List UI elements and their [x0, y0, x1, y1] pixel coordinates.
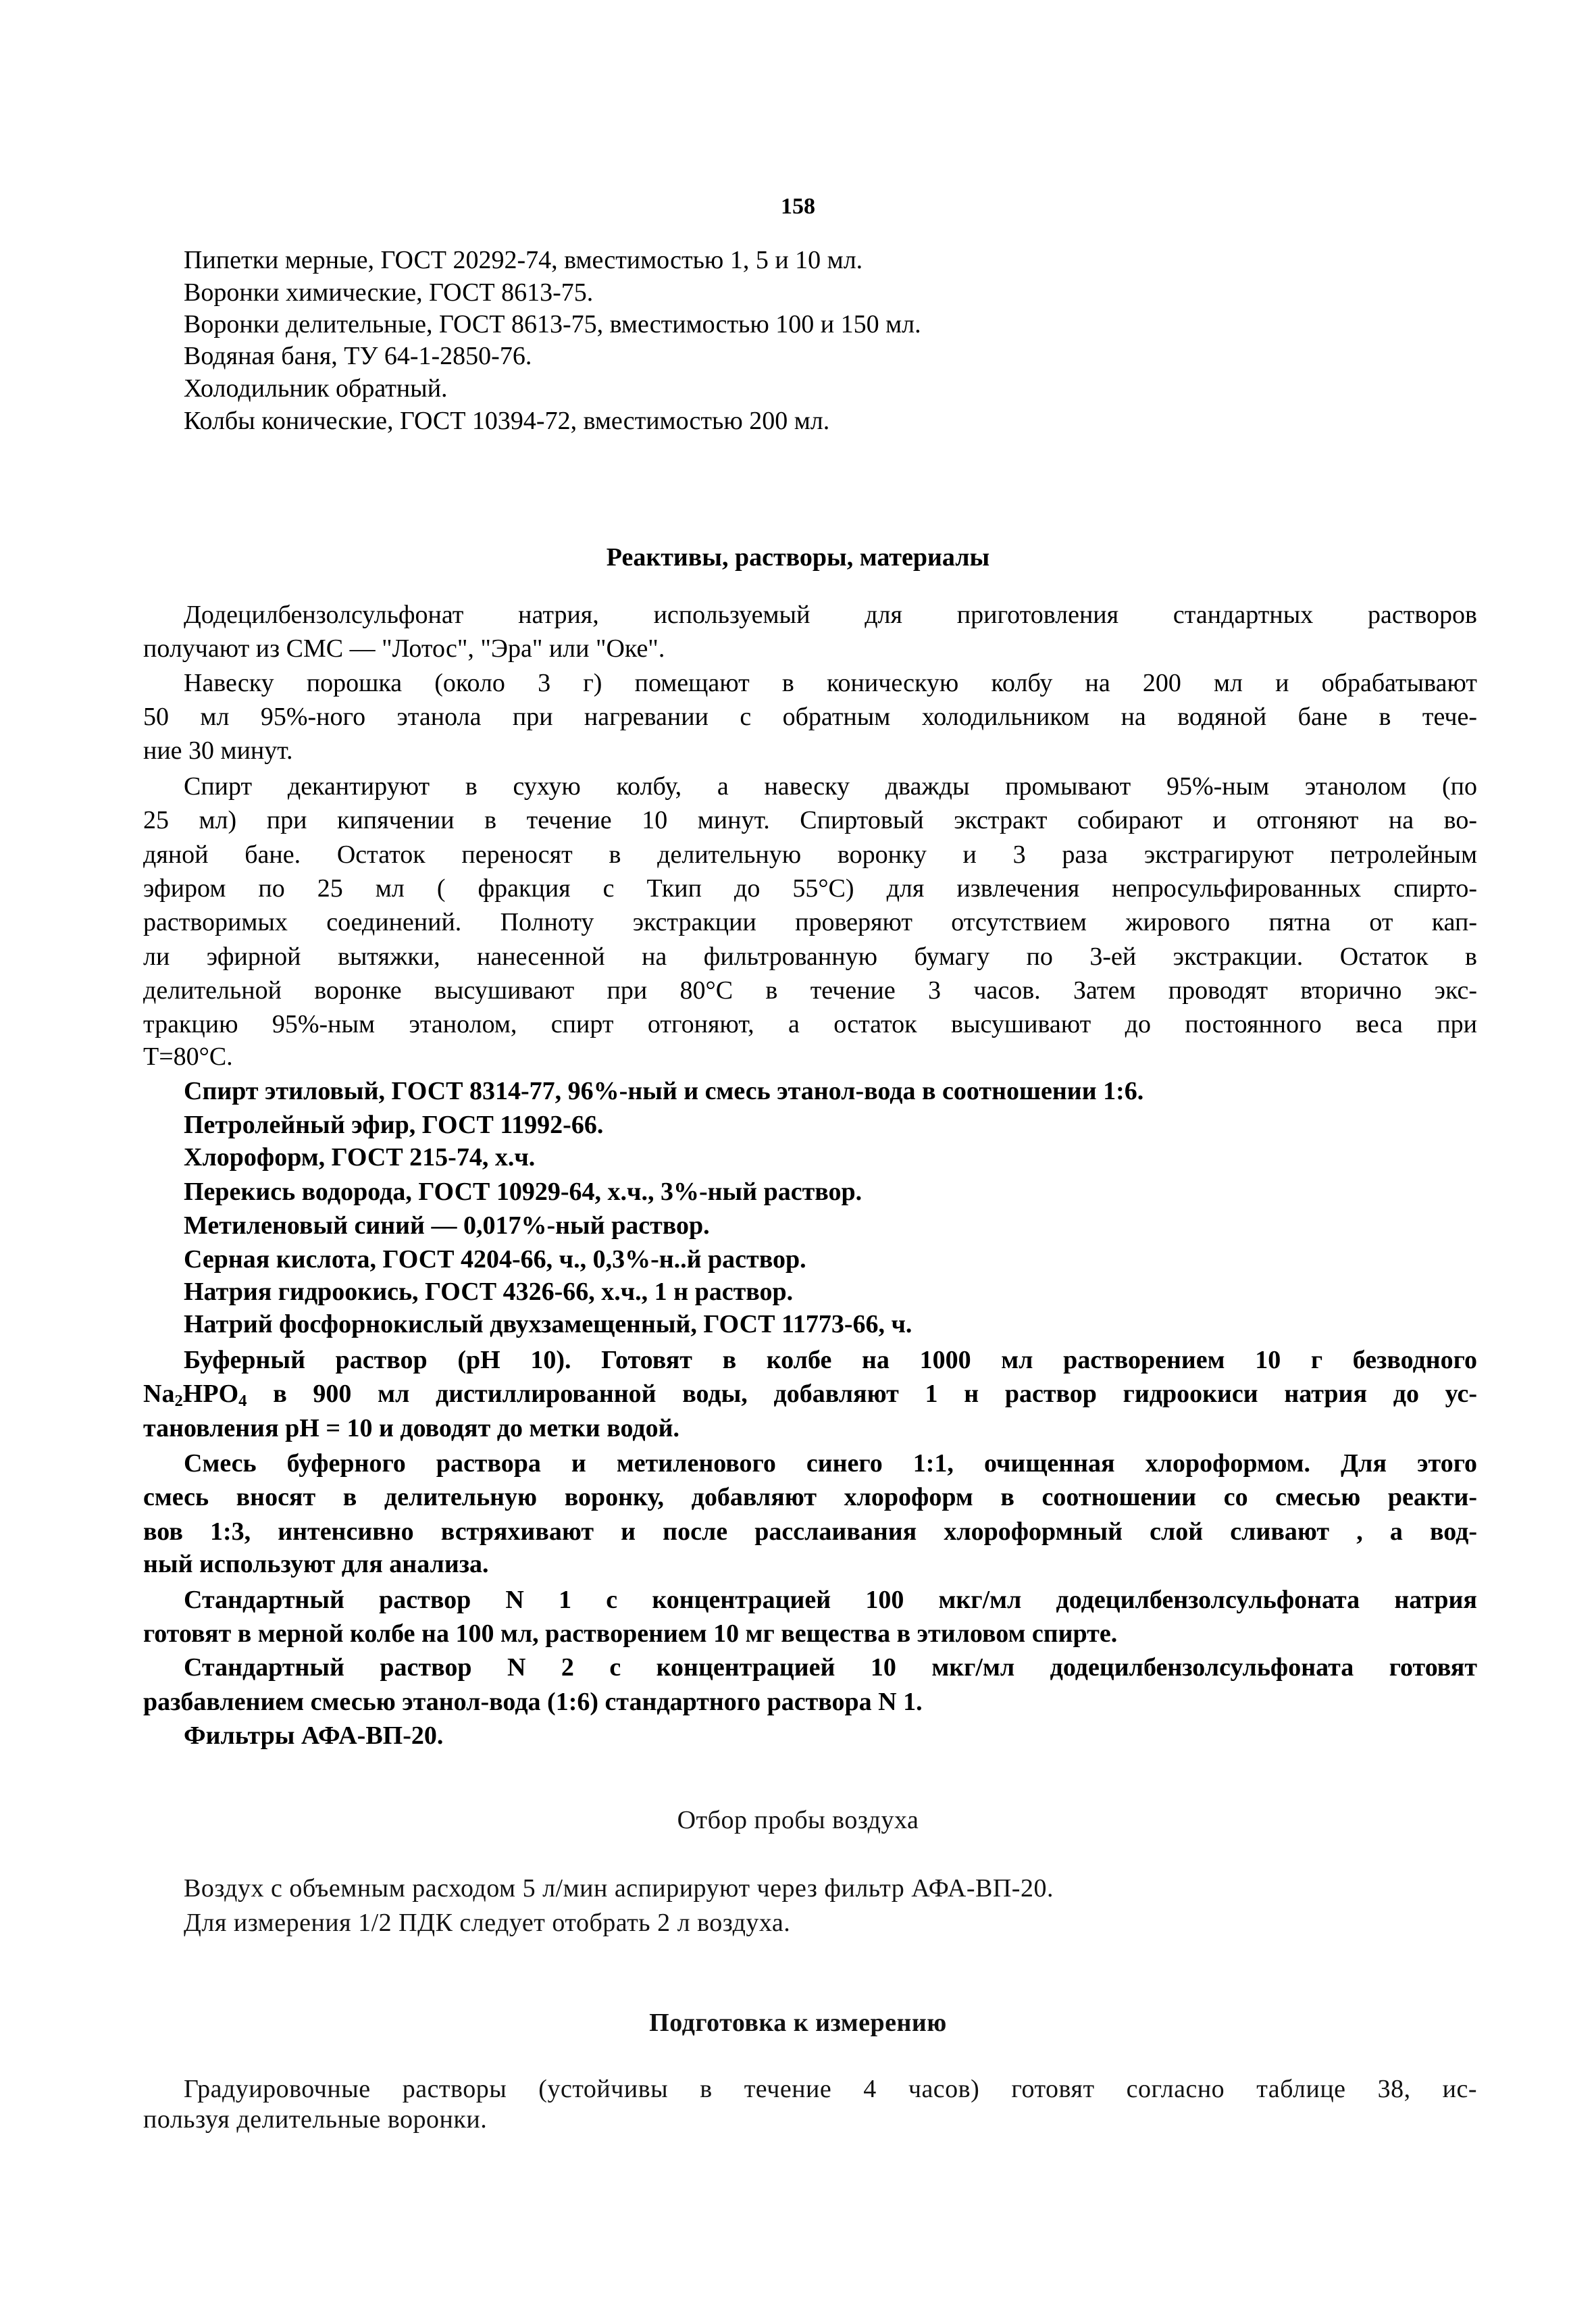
reagent-item: Серная кислота, ГОСТ 4204-66, ч., 0,3%-н…	[184, 1243, 806, 1276]
reagent-item: Перекись водорода, ГОСТ 10929-64, х.ч., …	[184, 1176, 862, 1208]
text-line: эфиром по 25 мл ( фракция с Ткип до 55°С…	[143, 872, 1477, 905]
text-line: Т=80°С.	[143, 1040, 233, 1073]
text-line: разбавлением смесью этанол-вода (1:6) ст…	[143, 1686, 923, 1718]
text-line: Градуировочные растворы (устойчивы в теч…	[184, 2073, 1477, 2105]
reagent-item: Петролейный эфир, ГОСТ 11992-66.	[184, 1109, 603, 1141]
text-line: вов 1:3, интенсивно встряхивают и после …	[143, 1515, 1477, 1548]
text-line: Буферный раствор (рН 10). Готовят в колб…	[184, 1344, 1477, 1376]
page-number: 158	[0, 191, 1596, 223]
text-line: Стандартный раствор N 2 с концентрацией …	[184, 1651, 1477, 1684]
chemical-formula: Na2HPO4	[143, 1380, 247, 1408]
text-line: получают из СМС — "Лотос", "Эра" или "Ок…	[143, 632, 665, 665]
text-line: ный используют для анализа.	[143, 1548, 489, 1580]
text-line: готовят в мерной колбе на 100 мл, раство…	[143, 1617, 1117, 1650]
equipment-item: Холодильник обратный.	[184, 372, 448, 405]
text-line: Стандартный раствор N 1 с концентрацией …	[184, 1584, 1477, 1616]
text-line: тановления рН = 10 и доводят до метки во…	[143, 1412, 679, 1444]
text-line: Фильтры АФА-ВП-20.	[184, 1719, 443, 1752]
equipment-item: Пипетки мерные, ГОСТ 20292-74, вместимос…	[184, 244, 863, 276]
reagent-item: Метиленовый синий — 0,017%-ный раствор.	[184, 1209, 710, 1242]
document-page: 158 Пипетки мерные, ГОСТ 20292-74, вмест…	[0, 0, 1596, 2314]
text-line: тракцию 95%-ным этанолом, спирт отгоняют…	[143, 1008, 1477, 1040]
text-line: Na2HPO4 в 900 мл дистиллированной воды, …	[143, 1378, 1477, 1410]
equipment-item: Воронки делительные, ГОСТ 8613-75, вмест…	[184, 308, 921, 341]
text-line: Смесь буферного раствора и метиленового …	[184, 1447, 1477, 1480]
section-heading-preparation: Подготовка к измерению	[0, 2007, 1596, 2039]
section-heading-sampling: Отбор пробы воздуха	[0, 1804, 1596, 1836]
reagent-item: Спирт этиловый, ГОСТ 8314-77, 96%-ный и …	[184, 1075, 1143, 1107]
text-line: Навеску порошка (около 3 г) помещают в к…	[184, 667, 1477, 699]
text-line: Для измерения 1/2 ПДК следует отобрать 2…	[184, 1907, 790, 1939]
text-line: смесь вносят в делительную воронку, доба…	[143, 1481, 1477, 1513]
text-line: ние 30 минут.	[143, 734, 293, 767]
text-line: 50 мл 95%-ного этанола при нагревании с …	[143, 701, 1477, 733]
text-line: 25 мл) при кипячении в течение 10 минут.…	[143, 804, 1477, 836]
equipment-item: Колбы конические, ГОСТ 10394-72, вместим…	[184, 405, 829, 437]
reagent-item: Натрий фосфорнокислый двухзамещенный, ГО…	[184, 1308, 912, 1340]
text-line: дяной бане. Остаток переносят в делитель…	[143, 838, 1477, 871]
equipment-item: Водяная баня, ТУ 64-1-2850-76.	[184, 340, 532, 372]
reagent-item: Натрия гидроокись, ГОСТ 4326-66, х.ч., 1…	[184, 1276, 793, 1308]
text-line: ли эфирной вытяжки, нанесенной на фильтр…	[143, 940, 1477, 973]
section-heading-reagents: Реактивы, растворы, материалы	[0, 541, 1596, 574]
equipment-item: Воронки химические, ГОСТ 8613-75.	[184, 276, 593, 309]
text-line: Спирт декантируют в сухую колбу, а навес…	[184, 770, 1477, 803]
reagent-item: Хлороформ, ГОСТ 215-74, х.ч.	[184, 1141, 535, 1174]
text-line: пользуя делительные воронки.	[143, 2103, 487, 2136]
text-line: растворимых соединений. Полноту экстракц…	[143, 906, 1477, 938]
text-line: Додецилбензолсульфонат натрия, используе…	[184, 599, 1477, 631]
text-line: делительной воронке высушивают при 80°С …	[143, 974, 1477, 1007]
text-line: Воздух с объемным расходом 5 л/мин аспир…	[184, 1872, 1054, 1905]
